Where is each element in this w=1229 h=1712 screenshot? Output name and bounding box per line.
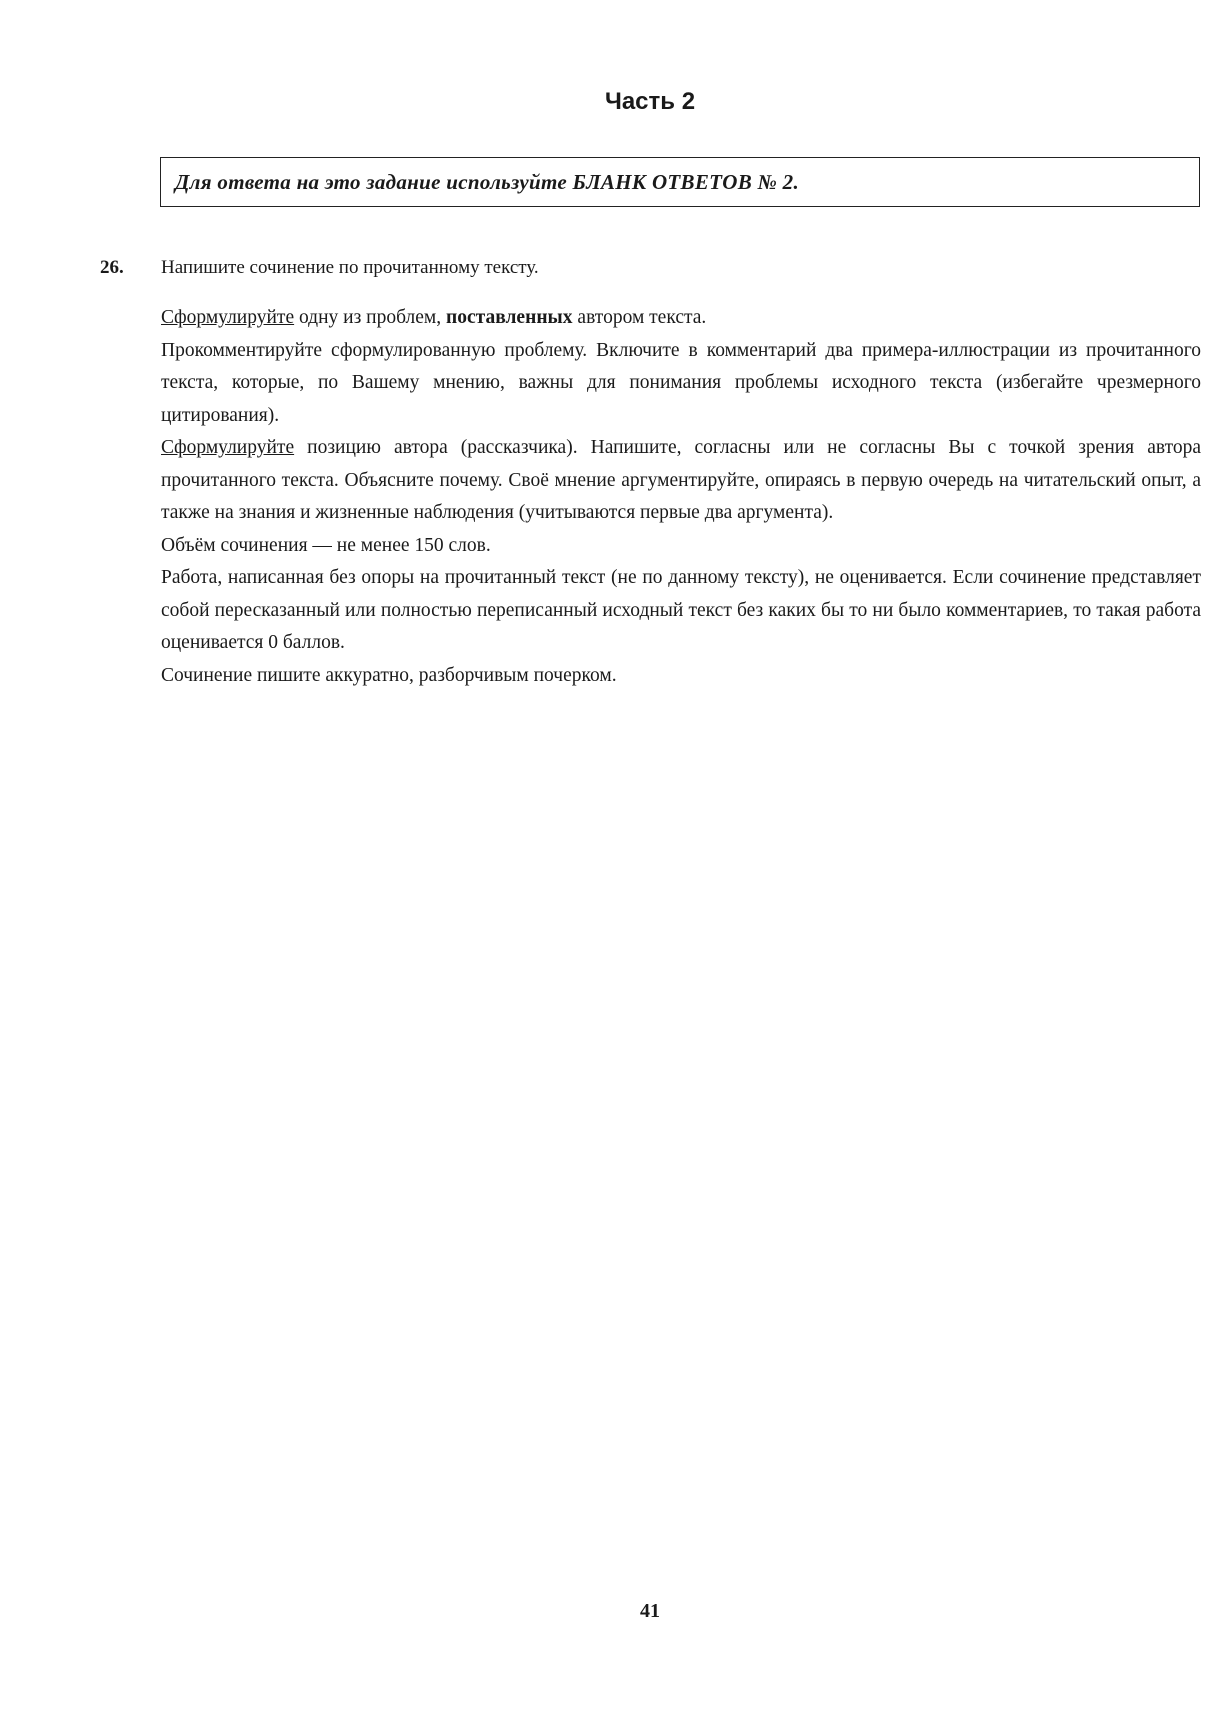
task-paragraph-4: Объём сочинения — не менее 150 слов. [161,530,1201,563]
text-fragment: позицию автора (рассказчика). Напишите, … [161,437,1201,523]
instruction-box: Для ответа на это задание используйте БЛ… [160,157,1200,207]
task-paragraph-5: Работа, написанная без опоры на прочитан… [161,562,1201,660]
underlined-verb: Сформулируйте [161,437,294,458]
instruction-text: Для ответа на это задание используйте БЛ… [175,170,799,195]
part-title: Часть 2 [0,88,1229,116]
task-paragraph-3: Сформулируйте позицию автора (рассказчик… [161,432,1201,530]
page-number: 41 [0,1600,1229,1623]
text-fragment: автором текста. [573,307,707,328]
text-fragment: одну из проблем, [294,307,446,328]
bold-word: поставленных [446,307,573,328]
task-paragraph-6: Сочинение пишите аккуратно, разборчивым … [161,660,1201,693]
task-number: 26. [100,257,124,279]
task-paragraph-1: Сформулируйте одну из проблем, поставлен… [161,302,1201,335]
underlined-verb: Сформулируйте [161,307,294,328]
task-paragraph-2: Прокомментируйте сформулированную пробле… [161,335,1201,433]
task-lead: Напишите сочинение по прочитанному текст… [161,257,539,279]
task-body: Сформулируйте одну из проблем, поставлен… [161,302,1201,692]
